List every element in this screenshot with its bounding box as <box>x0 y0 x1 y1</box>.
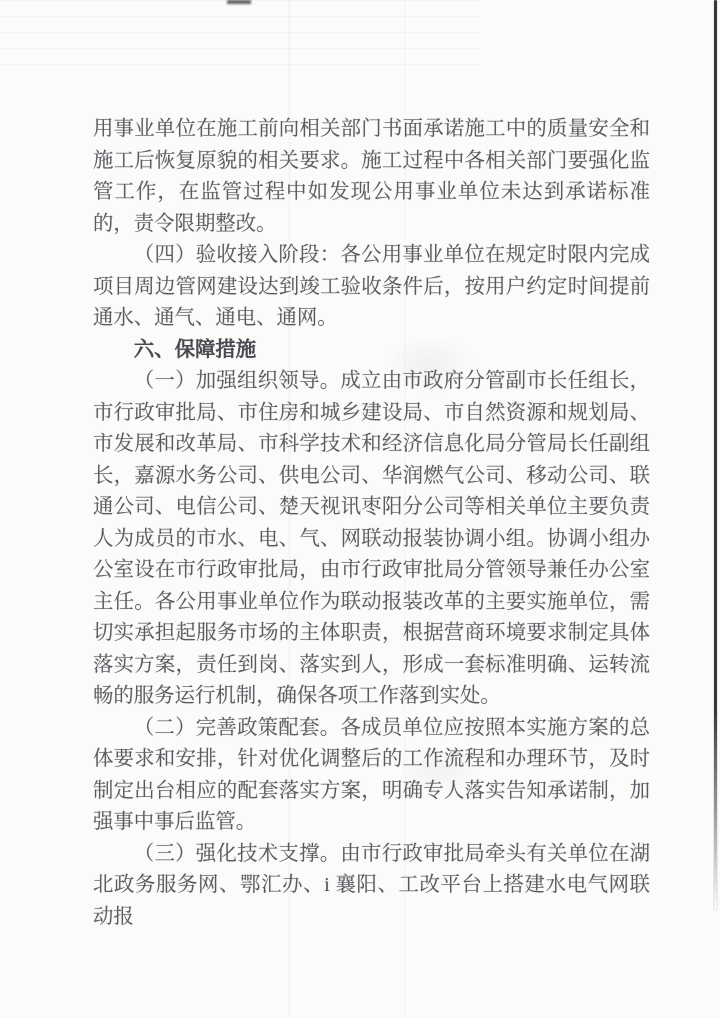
paragraph: 用事业单位在施工前向相关部门书面承诺施工中的质量安全和施工后恢复原貌的相关要求。… <box>93 114 650 240</box>
paragraph: （二）完善政策配套。各成员单位应按照本实施方案的总体要求和安排，针对优化调整后的… <box>93 713 650 839</box>
scan-streaks-artifact <box>0 0 480 70</box>
document-body: 用事业单位在施工前向相关部门书面承诺施工中的质量安全和施工后恢复原貌的相关要求。… <box>93 114 650 933</box>
scan-smudge-artifact <box>227 0 251 4</box>
paragraph: （三）强化技术支撑。由市行政审批局牵头有关单位在湖北政务服务网、鄂汇办、i 襄阳… <box>93 839 650 934</box>
scanned-document-page: 用事业单位在施工前向相关部门书面承诺施工中的质量安全和施工后恢复原貌的相关要求。… <box>0 0 720 1018</box>
paragraph: （一）加强组织领导。成立由市政府分管副市长任组长，市行政审批局、市住房和城乡建设… <box>93 366 650 713</box>
section-heading: 六、保障措施 <box>93 335 650 367</box>
scan-edge-line-artifact <box>714 0 717 910</box>
paragraph: （四）验收接入阶段：各公用事业单位在规定时限内完成项目周边管网建设达到竣工验收条… <box>93 240 650 335</box>
